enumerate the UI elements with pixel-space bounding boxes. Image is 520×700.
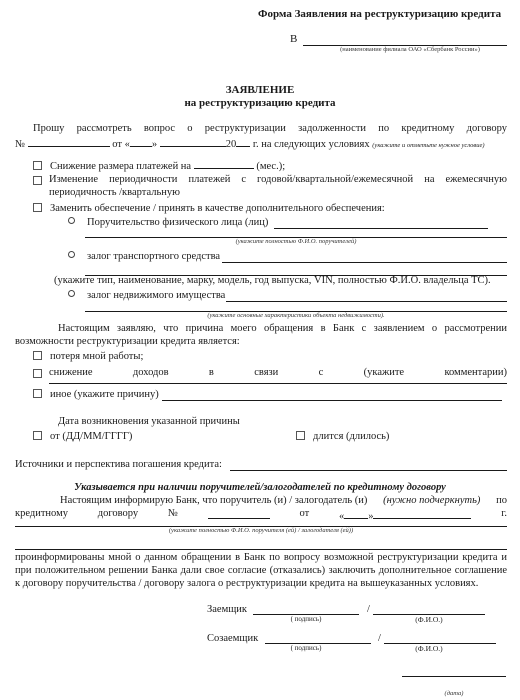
reason-label: иное (укажите причину) xyxy=(50,389,159,400)
year-suffix: г. на следующих условиях xyxy=(253,139,370,150)
collateral-guarantee: Поручительство физического лица (лиц) xyxy=(68,216,268,229)
guarantor-contract-day-field[interactable] xyxy=(344,507,368,519)
number-sign: № xyxy=(15,139,25,150)
date-lasting-option[interactable]: длится (длилось) xyxy=(296,430,389,443)
bullet-icon xyxy=(68,217,75,224)
year-prefix: 20 xyxy=(226,139,237,150)
date-from-option[interactable]: от (ДД/ММ/ГГГГ) xyxy=(33,430,132,443)
condition-label: Заменить обеспечение / принять в качеств… xyxy=(50,203,385,214)
contract-month-field[interactable] xyxy=(160,135,226,147)
date-lasting-label: длится (длилось) xyxy=(313,431,389,442)
conditions-hint: (укажите и отметьте нужное условие) xyxy=(372,142,484,149)
bullet-icon xyxy=(68,290,75,297)
guarantor-names-field-2[interactable] xyxy=(15,549,507,550)
condition-label-cont: периодичность /квартальную xyxy=(49,186,507,199)
collateral-label: залог транспортного средства xyxy=(87,251,220,262)
borrower-signature-caption: ( подпись) xyxy=(253,615,359,624)
checkbox-icon[interactable] xyxy=(33,369,42,378)
coborrower-name-caption: (Ф.И.О.) xyxy=(373,644,485,653)
document-title: ЗАЯВЛЕНИЕ xyxy=(0,84,520,98)
date-from-label: от (ДД/ММ/ГГГГ) xyxy=(50,431,132,442)
guarantor-contract-number-field[interactable] xyxy=(208,507,270,519)
coborrower-label: Созаемщик xyxy=(207,632,258,645)
condition-change-periodicity[interactable]: Изменение периодичности платежей с годов… xyxy=(33,173,507,199)
checkbox-icon[interactable] xyxy=(33,431,42,440)
to-prefix: В xyxy=(290,33,297,47)
contract-number-field[interactable] xyxy=(28,135,110,147)
from-label: от « xyxy=(112,139,130,150)
realty-field[interactable] xyxy=(226,301,507,302)
checkbox-icon[interactable] xyxy=(33,203,42,212)
borrower-label: Заемщик xyxy=(207,603,247,616)
collateral-label: залог недвижимого имущества xyxy=(87,290,225,301)
condition-label: Изменение периодичности платежей с годов… xyxy=(49,173,507,186)
checkbox-icon[interactable] xyxy=(33,161,42,170)
quote-close: » xyxy=(152,139,157,150)
guarantor-contract-month-field[interactable] xyxy=(373,507,471,519)
underline-hint: (нужно подчеркнуть) xyxy=(383,494,480,507)
guarantors-line-1: Настоящим информирую Банк, что поручител… xyxy=(60,494,507,507)
vehicle-field[interactable] xyxy=(222,262,507,263)
vehicle-caption: (укажите тип, наименование, марку, модел… xyxy=(54,274,491,287)
contract-day-field[interactable] xyxy=(130,135,152,147)
reason-intro: Настоящим заявляю, что причина моего обр… xyxy=(58,322,507,335)
guarantee-field[interactable] xyxy=(274,228,488,229)
condition-suffix: (мес.); xyxy=(256,161,285,172)
checkbox-icon[interactable] xyxy=(296,431,305,440)
condition-label: Снижение размера платежей на xyxy=(50,161,191,172)
guarantors-paragraph: проинформированы мной о данном обращении… xyxy=(15,551,507,590)
form-title: Форма Заявления на реструктуризацию кред… xyxy=(258,8,501,22)
request-line-1: Прошу рассмотреть вопрос о реструктуриза… xyxy=(33,122,507,135)
other-reason-field[interactable] xyxy=(162,400,502,401)
months-field[interactable] xyxy=(194,157,254,169)
request-line-2: № от «» 20 г. на следующих условиях (ука… xyxy=(15,135,510,151)
guarantors-line-2: кредитному договору № от «» г. xyxy=(15,507,507,523)
condition-reduce-payment[interactable]: Снижение размера платежей на (мес.); xyxy=(33,157,285,173)
guarantors-heading: Указывается при наличии поручителей/зало… xyxy=(0,481,520,494)
date-caption: (дата) xyxy=(402,690,506,698)
document-subtitle: на реструктуризацию кредита xyxy=(0,97,520,111)
date-field[interactable] xyxy=(402,676,506,677)
collateral-realty: залог недвижимого имущества xyxy=(68,289,225,302)
contract-year-field[interactable] xyxy=(236,135,250,147)
branch-caption: (наименование филиала ОАО «Сбербанк Росс… xyxy=(313,46,507,54)
reason-label: снижениедоходоввсвязис(укажитекомментари… xyxy=(49,366,507,379)
reason-other[interactable]: иное (укажите причину) xyxy=(33,388,159,401)
condition-replace-collateral[interactable]: Заменить обеспечение / принять в качеств… xyxy=(33,202,385,215)
date-heading: Дата возникновения указанной причины xyxy=(58,415,240,428)
checkbox-icon[interactable] xyxy=(33,351,42,360)
collateral-vehicle: залог транспортного средства xyxy=(68,250,220,263)
guarantor-names-caption: (укажите полностью Ф.И.О. поручителя (ей… xyxy=(15,527,507,535)
reason-job-loss[interactable]: потеря мной работы; xyxy=(33,350,143,363)
reason-intro-2: возможности реструктуризации кредита явл… xyxy=(15,335,240,348)
reason-income-decrease[interactable]: снижениедоходоввсвязис(укажитекомментари… xyxy=(33,366,507,379)
checkbox-icon[interactable] xyxy=(33,389,42,398)
sources-field[interactable] xyxy=(230,470,507,471)
realty-caption: (укажите основные характеристики объекта… xyxy=(85,312,507,320)
bullet-icon xyxy=(68,251,75,258)
checkbox-icon[interactable] xyxy=(33,176,42,185)
guarantee-caption: (укажите полностью Ф.И.О. поручителей) xyxy=(85,238,507,246)
reason-label: потеря мной работы; xyxy=(50,351,143,362)
collateral-label: Поручительство физического лица (лиц) xyxy=(87,217,268,228)
coborrower-signature-caption: ( подпись) xyxy=(253,644,359,653)
income-comment-field[interactable] xyxy=(49,383,507,384)
sources-label: Источники и перспектива погашения кредит… xyxy=(15,458,222,471)
borrower-slash: / xyxy=(367,603,370,616)
borrower-name-caption: (Ф.И.О.) xyxy=(373,615,485,624)
